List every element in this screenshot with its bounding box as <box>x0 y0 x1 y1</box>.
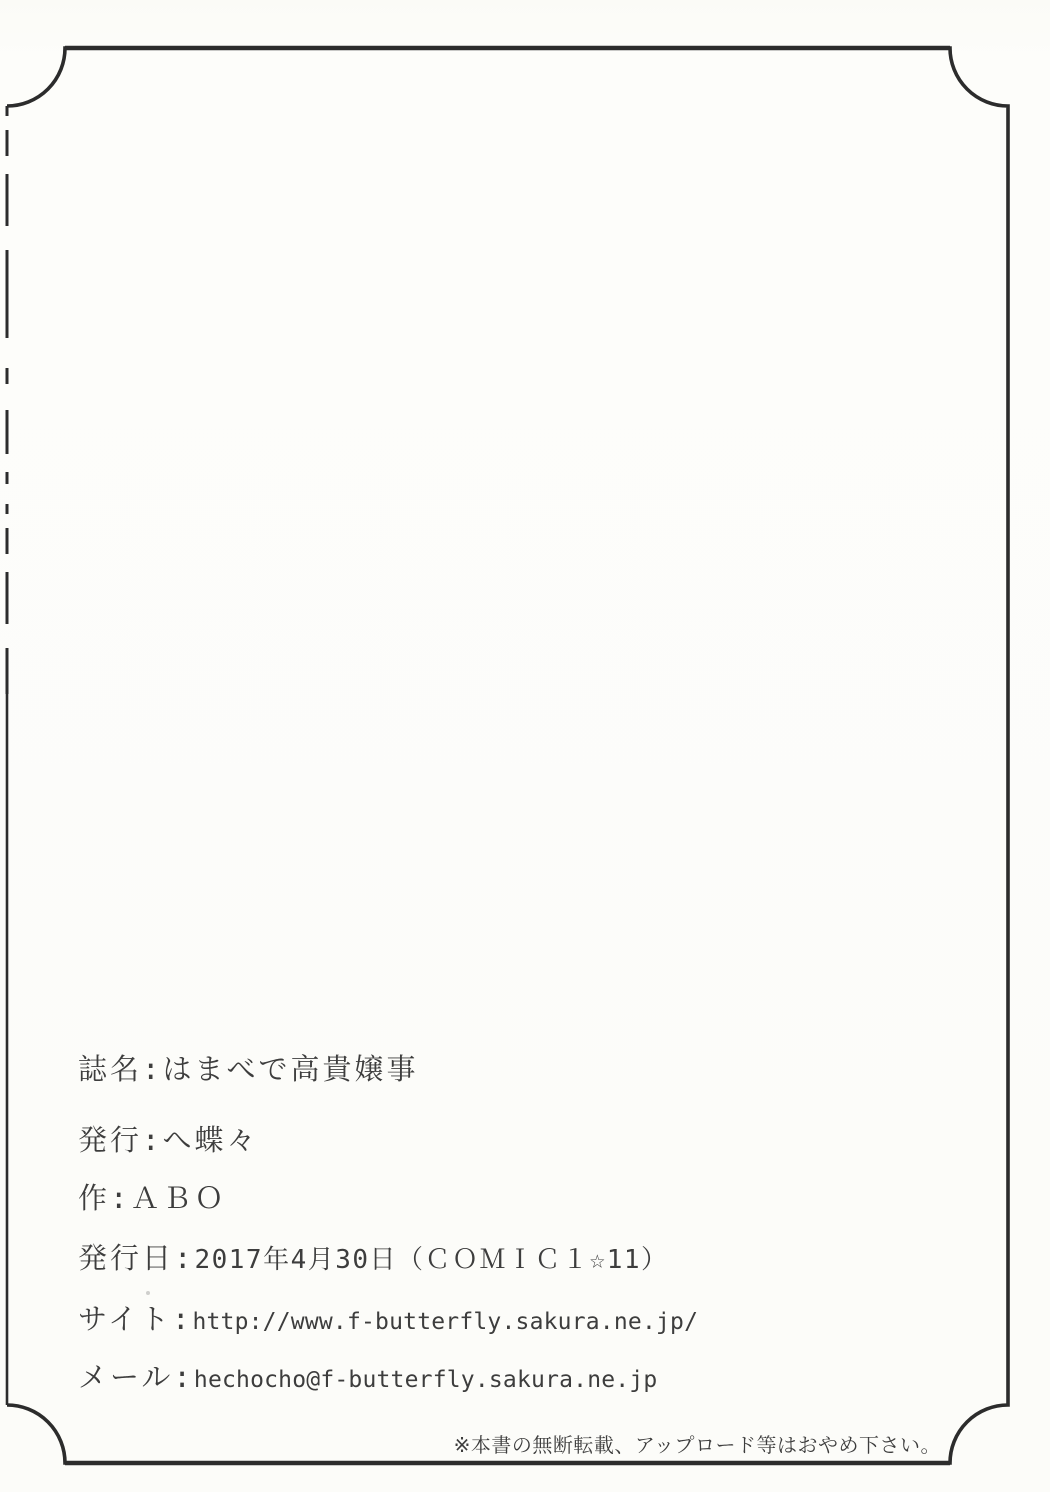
scan-speck <box>146 1291 150 1295</box>
title-value: はまべで高貴嬢事 <box>162 1052 418 1086</box>
scanned-colophon-page: 誌名:はまべで高貴嬢事 発行:へ蝶々 作:ＡＢＯ 発行日:2017年4月30日（… <box>0 0 1050 1492</box>
email-line: メール:hechocho@f-butterfly.sakura.ne.jp <box>78 1361 657 1394</box>
website-url: http://www.f-butterfly.sakura.ne.jp/ <box>192 1309 698 1335</box>
publisher-line: 発行:へ蝶々 <box>78 1124 258 1157</box>
publication-date-label: 発行日: <box>78 1241 194 1275</box>
author-value: ＡＢＯ <box>130 1181 226 1215</box>
email-address: hechocho@f-butterfly.sakura.ne.jp <box>194 1367 658 1393</box>
email-label: メール: <box>78 1360 194 1394</box>
publisher-value: へ蝶々 <box>162 1123 258 1157</box>
publication-date-value: 2017年4月30日（ＣＯＭＩＣ１☆11） <box>194 1245 668 1275</box>
website-line: サイト:http://www.f-butterfly.sakura.ne.jp/ <box>78 1303 698 1336</box>
copyright-notice: ※本書の無断転載、アップロード等はおやめ下さい。 <box>454 1429 941 1458</box>
author-label: 作: <box>78 1181 130 1215</box>
website-label: サイト: <box>78 1302 192 1336</box>
publication-date-line: 発行日:2017年4月30日（ＣＯＭＩＣ１☆11） <box>78 1242 669 1276</box>
author-line: 作:ＡＢＯ <box>78 1182 226 1215</box>
title-label: 誌名: <box>78 1052 162 1086</box>
title-line: 誌名:はまべで高貴嬢事 <box>78 1053 418 1086</box>
publisher-label: 発行: <box>78 1123 162 1157</box>
